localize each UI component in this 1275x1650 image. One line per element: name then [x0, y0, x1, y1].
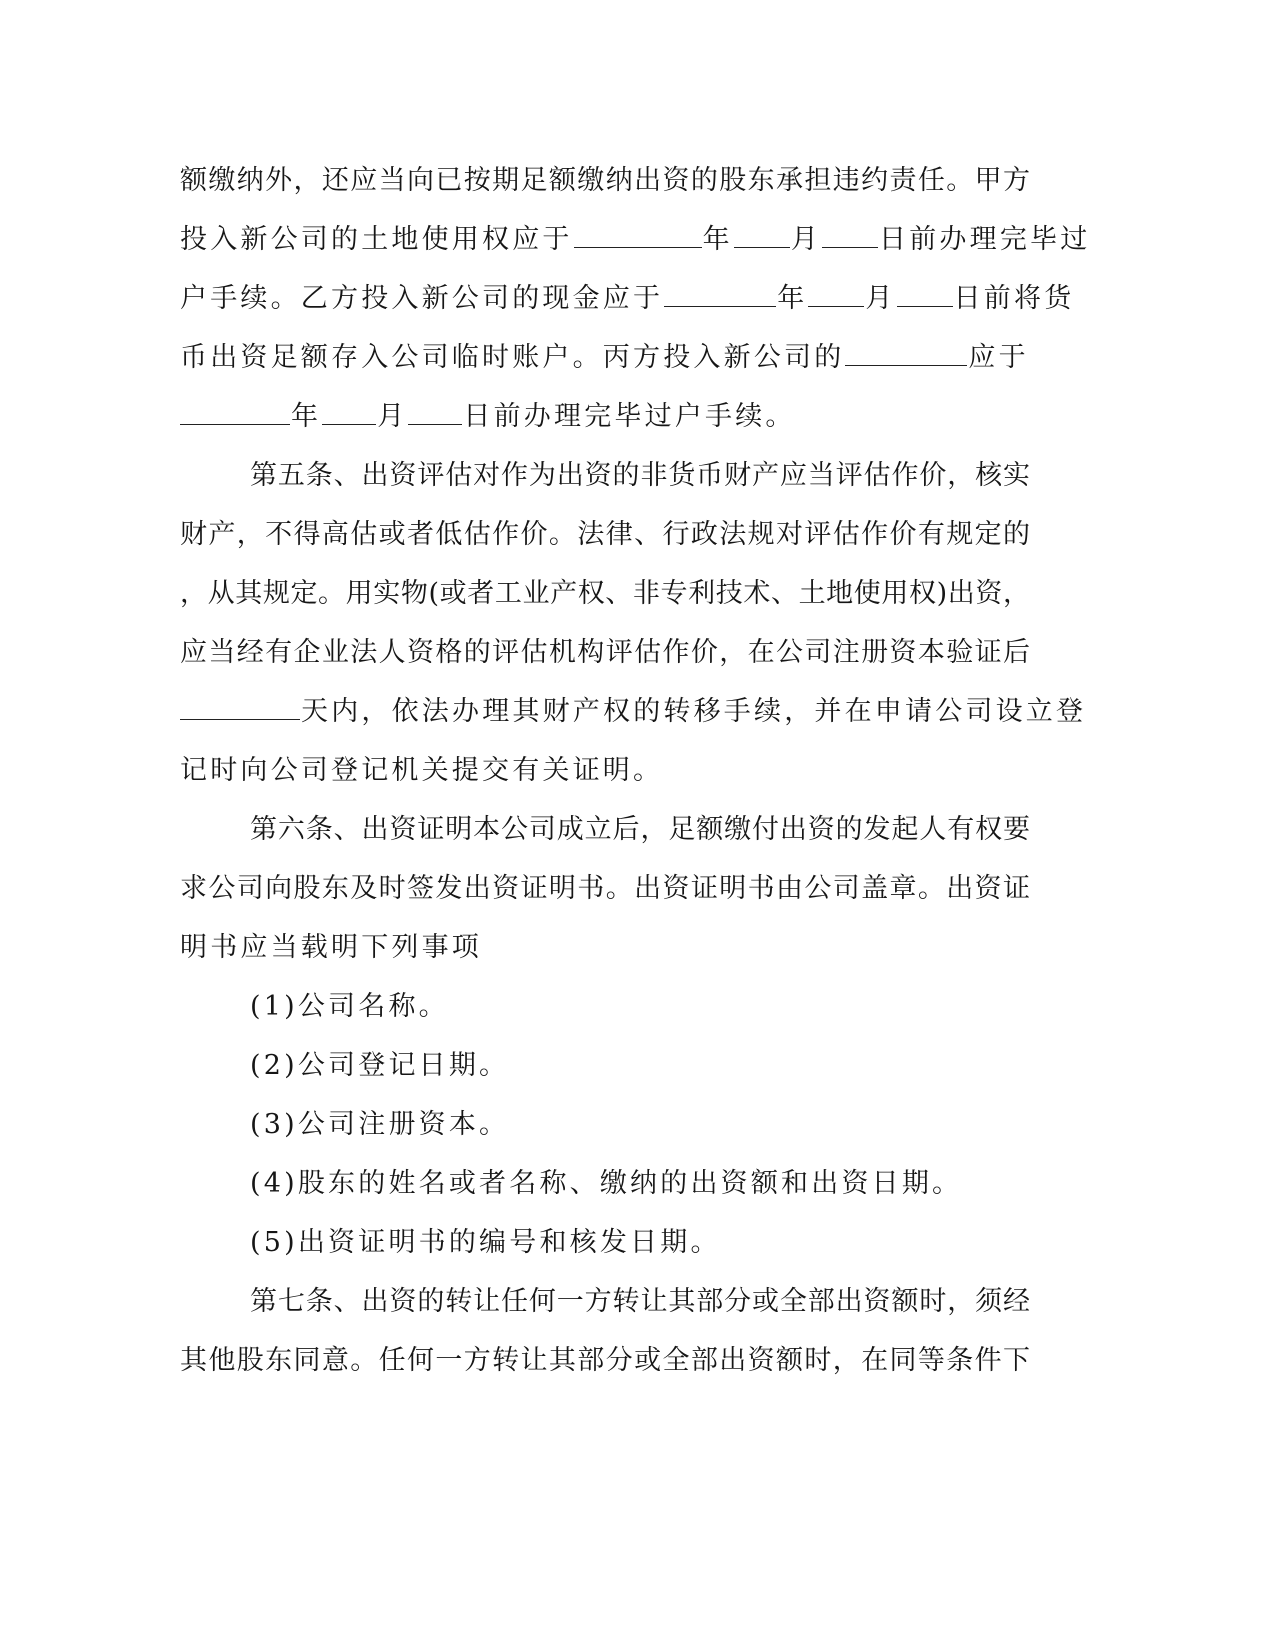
text-segment: 记时向公司登记机关提交有关证明。	[180, 755, 663, 786]
list-item-text: (2)公司登记日期。	[250, 1050, 509, 1081]
text-segment: 天内，依法办理其财产权的转移手续，并在申请公司设立登	[301, 696, 1086, 727]
text-segment: 户手续。乙方投入新公司的现金应于	[180, 283, 663, 314]
fill-in-blank-day[interactable]	[408, 398, 462, 425]
text-segment: 应于	[968, 342, 1028, 373]
text-segment: 求公司向股东及时签发出资证明书。出资证明书由公司盖章。出资证	[180, 873, 1030, 904]
fill-in-blank-year[interactable]	[180, 398, 290, 425]
fill-in-blank-year[interactable]	[574, 221, 702, 248]
text-line: ，从其规定。用实物(或者工业产权、非专利技术、土地使用权)出资，	[180, 574, 1030, 614]
text-segment: 投入新公司的土地使用权应于	[180, 224, 573, 255]
article-6-first-line: 第六条、出资证明本公司成立后，足额缴付出资的发起人有权要	[250, 810, 1030, 850]
fill-in-blank-day[interactable]	[822, 221, 878, 248]
text-segment: 日前办理完毕过户手续。	[463, 401, 795, 432]
text-segment: 日前办理完毕过	[879, 224, 1090, 255]
text-line: 户手续。乙方投入新公司的现金应于年月日前将货	[180, 279, 1030, 319]
text-segment: 第七条、出资的转让任何一方转让其部分或全部出资额时，须经	[250, 1286, 1030, 1317]
text-line: 记时向公司登记机关提交有关证明。	[180, 751, 1030, 791]
text-line: 财产，不得高估或者低估作价。法律、行政法规对评估作价有规定的	[180, 515, 1030, 555]
list-item: (5)出资证明书的编号和核发日期。	[250, 1223, 1030, 1263]
article-5-first-line: 第五条、出资评估对作为出资的非货币财产应当评估作价，核实	[250, 456, 1030, 496]
text-segment: 年	[703, 224, 733, 255]
list-item: (2)公司登记日期。	[250, 1046, 1030, 1086]
fill-in-blank-month[interactable]	[808, 280, 864, 307]
list-item: (3)公司注册资本。	[250, 1105, 1030, 1145]
text-segment: 应当经有企业法人资格的评估机构评估作价，在公司注册资本验证后	[180, 637, 1030, 668]
text-line: 年月日前办理完毕过户手续。	[180, 397, 1030, 437]
fill-in-blank-days[interactable]	[180, 693, 300, 720]
text-line: 明书应当载明下列事项	[180, 928, 1030, 968]
list-item-text: (1)公司名称。	[250, 991, 449, 1022]
text-line: 币出资足额存入公司临时账户。丙方投入新公司的应于	[180, 338, 1030, 378]
list-item-text: (3)公司注册资本。	[250, 1109, 509, 1140]
text-segment: 月	[791, 224, 821, 255]
text-segment: 其他股东同意。任何一方转让其部分或全部出资额时，在同等条件下	[180, 1345, 1030, 1376]
fill-in-blank-year[interactable]	[664, 280, 776, 307]
list-item: (1)公司名称。	[250, 987, 1030, 1027]
text-line: 求公司向股东及时签发出资证明书。出资证明书由公司盖章。出资证	[180, 869, 1030, 909]
text-segment: 月	[377, 401, 407, 432]
fill-in-blank-day[interactable]	[897, 280, 953, 307]
list-item-text: (4)股东的姓名或者名称、缴纳的出资额和出资日期。	[250, 1168, 962, 1199]
text-segment: 明书应当载明下列事项	[180, 932, 482, 963]
text-segment: 币出资足额存入公司临时账户。丙方投入新公司的	[180, 342, 844, 373]
fill-in-blank-asset[interactable]	[845, 339, 967, 366]
text-segment: 财产，不得高估或者低估作价。法律、行政法规对评估作价有规定的	[180, 519, 1030, 550]
fill-in-blank-month[interactable]	[322, 398, 376, 425]
text-segment: ，从其规定。用实物(或者工业产权、非专利技术、土地使用权)出资，	[180, 578, 1030, 609]
text-line: 投入新公司的土地使用权应于年月日前办理完毕过	[180, 220, 1030, 260]
text-line: 应当经有企业法人资格的评估机构评估作价，在公司注册资本验证后	[180, 633, 1030, 673]
fill-in-blank-month[interactable]	[734, 221, 790, 248]
text-segment: 第六条、出资证明本公司成立后，足额缴付出资的发起人有权要	[250, 814, 1030, 845]
text-segment: 年	[777, 283, 807, 314]
document-page: 额缴纳外，还应当向已按期足额缴纳出资的股东承担违约责任。甲方 投入新公司的土地使…	[0, 0, 1275, 1650]
article-7-first-line: 第七条、出资的转让任何一方转让其部分或全部出资额时，须经	[250, 1282, 1030, 1322]
text-segment: 月	[865, 283, 895, 314]
text-segment: 额缴纳外，还应当向已按期足额缴纳出资的股东承担违约责任。甲方	[180, 165, 1030, 196]
text-line: 额缴纳外，还应当向已按期足额缴纳出资的股东承担违约责任。甲方	[180, 161, 1030, 201]
text-line: 天内，依法办理其财产权的转移手续，并在申请公司设立登	[180, 692, 1030, 732]
text-line: 其他股东同意。任何一方转让其部分或全部出资额时，在同等条件下	[180, 1341, 1030, 1381]
text-segment: 第五条、出资评估对作为出资的非货币财产应当评估作价，核实	[250, 460, 1030, 491]
text-segment: 年	[291, 401, 321, 432]
text-segment: 日前将货	[954, 283, 1075, 314]
list-item: (4)股东的姓名或者名称、缴纳的出资额和出资日期。	[250, 1164, 1030, 1204]
list-item-text: (5)出资证明书的编号和核发日期。	[250, 1227, 721, 1258]
